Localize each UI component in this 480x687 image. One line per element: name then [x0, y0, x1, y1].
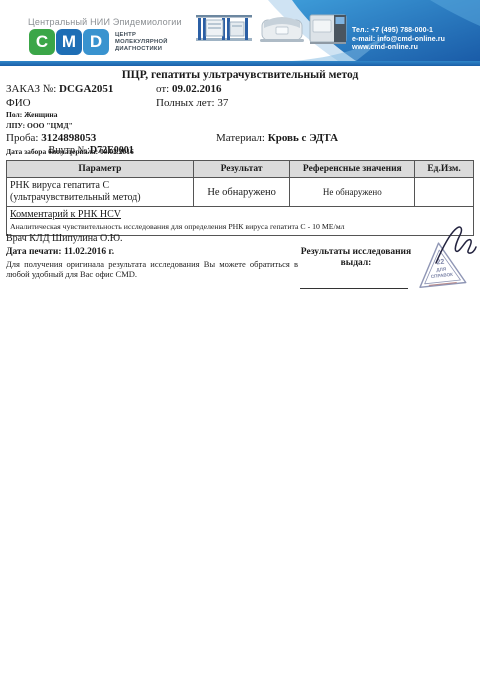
print-date-line: Дата печати: 11.02.2016 г.	[6, 247, 114, 257]
order-line: ЗАКАЗ №: DCGA2051 от: 09.02.2016	[6, 83, 474, 95]
sex-line: Пол: Женщина	[6, 110, 58, 119]
internal-number-value: D72E0001	[90, 145, 134, 156]
table-row: РНК вируса гепатита C (ультрачувствитель…	[7, 178, 474, 207]
parameter-cell: РНК вируса гепатита C (ультрачувствитель…	[7, 178, 194, 207]
comment-cell: Комментарий к РНК HCV Аналитическая чувс…	[7, 207, 474, 236]
internal-number: Внутр.№:D72E0001	[49, 145, 134, 156]
lab-equipment-image	[196, 15, 346, 44]
sample-number: 3124898053	[41, 132, 96, 144]
result-cell: Не обнаружено	[193, 178, 290, 207]
lab-report-page: Центральный НИИ Эпидемиологии C M D ЦЕНТ…	[0, 0, 480, 687]
handwritten-signature	[430, 223, 480, 269]
stamp-word2: СПРАВОК	[431, 272, 454, 279]
print-date-value: 11.02.2016 г.	[64, 247, 114, 257]
order-date-value: 09.02.2016	[172, 83, 222, 95]
header-reference: Референсные значения	[290, 161, 415, 178]
logo-caption-line1: ЦЕНТР	[115, 32, 168, 39]
age-value: 37	[217, 97, 228, 109]
material-field: Материал: Кровь с ЭДТА	[216, 132, 338, 144]
results-table: Параметр Результат Референсные значения …	[6, 160, 474, 236]
order-date-label: от:	[156, 83, 169, 95]
age-label: Полных лет:	[156, 97, 215, 109]
material-label: Материал:	[216, 132, 265, 144]
header-unit: Ед.Изм.	[415, 161, 474, 178]
doctor-name: Врач КЛД Шипулина О.Ю.	[6, 233, 123, 244]
contact-email: e-mail: info@cmd-online.ru	[352, 36, 445, 45]
logo-caption-line3: ДИАГНОСТИКИ	[115, 46, 168, 53]
header-parameter: Параметр	[7, 161, 194, 178]
comment-title: Комментарий к РНК HCV	[10, 209, 470, 220]
logo-letter-m: M	[56, 29, 82, 55]
issued-by-label: Результаты исследования выдал:	[299, 247, 413, 269]
collection-line: Дата забора биоматериала: 09.02.2016 Вну…	[6, 147, 134, 156]
order-date: от: 09.02.2016	[156, 83, 221, 95]
lpu-label: ЛПУ:	[6, 121, 25, 130]
original-copy-note: Для получения оригинала результата иссле…	[6, 259, 298, 279]
order-number: DCGA2051	[59, 83, 113, 95]
logo-letter-c: C	[29, 29, 55, 55]
logo-caption: ЦЕНТР МОЛЕКУЛЯРНОЙ ДИАГНОСТИКИ	[115, 32, 168, 53]
comment-text: Аналитическая чувствительность исследова…	[10, 222, 470, 231]
results-header-row: Параметр Результат Референсные значения …	[7, 161, 474, 178]
logo-letter-d: D	[83, 29, 109, 55]
reference-cell: Не обнаружено	[290, 178, 415, 207]
sample-label: Проба:	[6, 132, 38, 144]
lpu-value: ООО "ЦМД"	[27, 121, 73, 130]
print-date-label: Дата печати:	[6, 247, 62, 257]
fio-label: ФИО	[6, 97, 31, 109]
sex-label: Пол:	[6, 110, 22, 119]
contact-phone: Тел.: +7 (495) 788-000-1	[352, 27, 445, 36]
age-field: Полных лет: 37	[156, 97, 228, 109]
patient-line: ФИО Полных лет: 37	[6, 97, 474, 109]
order-label: ЗАКАЗ №:	[6, 83, 56, 95]
header-divider-bar	[0, 61, 480, 66]
sex-value: Женщина	[24, 110, 57, 119]
contact-info: Тел.: +7 (495) 788-000-1 e-mail: info@cm…	[352, 27, 445, 53]
unit-cell	[415, 178, 474, 207]
sample-line: Проба: 3124898053 Материал: Кровь с ЭДТА	[6, 132, 474, 144]
cmd-logo: C M D ЦЕНТР МОЛЕКУЛЯРНОЙ ДИАГНОСТИКИ	[29, 29, 168, 55]
internal-number-label: Внутр.№:	[49, 145, 90, 156]
lpu-line: ЛПУ: ООО "ЦМД"	[6, 121, 73, 130]
header-result: Результат	[193, 161, 290, 178]
header-banner: Центральный НИИ Эпидемиологии C M D ЦЕНТ…	[0, 0, 480, 61]
contact-website: www.cmd-online.ru	[352, 44, 445, 53]
report-title: ПЦР, гепатиты ультрачувствительный метод	[0, 69, 480, 81]
logo-caption-line2: МОЛЕКУЛЯРНОЙ	[115, 39, 168, 46]
comment-row: Комментарий к РНК HCV Аналитическая чувс…	[7, 207, 474, 236]
signature-line	[300, 288, 408, 289]
organization-name: Центральный НИИ Эпидемиологии	[28, 17, 182, 27]
material-value: Кровь с ЭДТА	[268, 132, 338, 144]
